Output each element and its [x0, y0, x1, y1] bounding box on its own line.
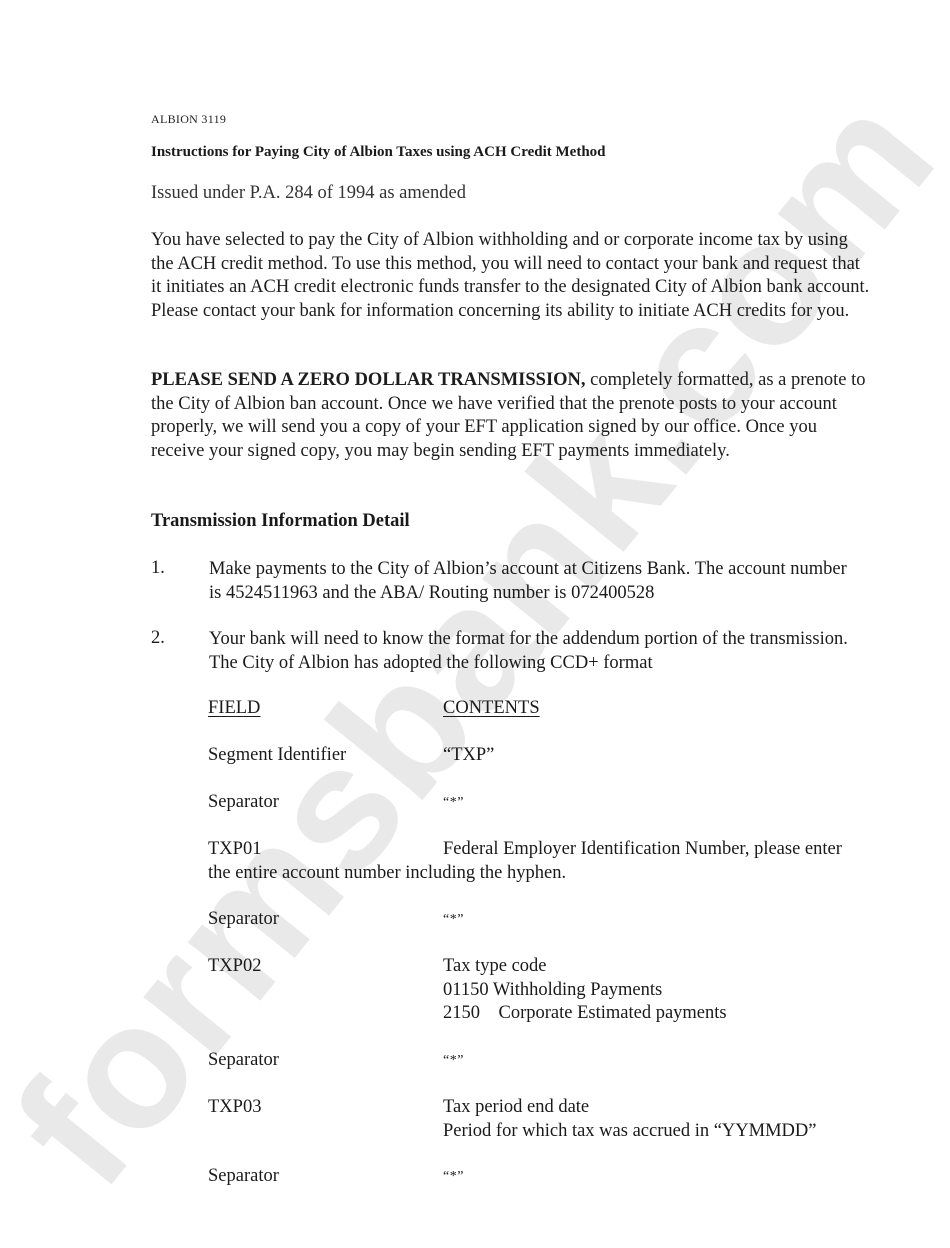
document-title: Instructions for Paying City of Albion T… [151, 144, 606, 161]
field-contents-line: 2150 Corporate Estimated payments [443, 1002, 727, 1026]
list-item-number: 1. [151, 558, 165, 579]
field-name: Separator [208, 1165, 279, 1189]
field-contents: “TXP” [443, 744, 494, 768]
column-header-field: FIELD [208, 697, 260, 721]
field-name: Segment Identifier [208, 744, 346, 768]
list-item-text: Your bank will need to know the format f… [209, 628, 859, 675]
field-name: Separator [208, 908, 279, 932]
prenote-paragraph: PLEASE SEND A ZERO DOLLAR TRANSMISSION, … [151, 369, 871, 463]
list-item-number: 2. [151, 628, 165, 649]
column-header-contents: CONTENTS [443, 697, 540, 721]
field-name: Separator [208, 791, 279, 815]
field-name: TXP01 [208, 838, 443, 862]
field-contents: “*” [443, 908, 464, 932]
issued-statute: Issued under P.A. 284 of 1994 as amended [151, 183, 466, 204]
field-contents: Tax period end date [443, 1096, 589, 1120]
field-contents: “*” [443, 791, 464, 815]
intro-paragraph-text: You have selected to pay the City of Alb… [151, 230, 869, 321]
prenote-emphasis: PLEASE SEND A ZERO DOLLAR TRANSMISSION, [151, 370, 586, 390]
field-contents: “*” [443, 1049, 464, 1073]
section-heading: Transmission Information Detail [151, 511, 410, 532]
field-contents: “*” [443, 1165, 464, 1189]
field-name: TXP02 [208, 955, 261, 979]
field-contents-line: Period for which tax was accrued in “YYM… [443, 1120, 817, 1144]
document-page: ALBION 3119 Instructions for Paying City… [0, 0, 950, 1248]
field-contents-line: 01150 Withholding Payments [443, 979, 662, 1003]
field-name: TXP03 [208, 1096, 261, 1120]
field-name: Separator [208, 1049, 279, 1073]
intro-paragraph: You have selected to pay the City of Alb… [151, 229, 871, 323]
field-contents: Tax type code [443, 955, 547, 979]
form-id: ALBION 3119 [151, 112, 226, 127]
table-row: TXP01Federal Employer Identification Num… [208, 838, 858, 885]
list-item-text: Make payments to the City of Albion’s ac… [209, 558, 859, 605]
